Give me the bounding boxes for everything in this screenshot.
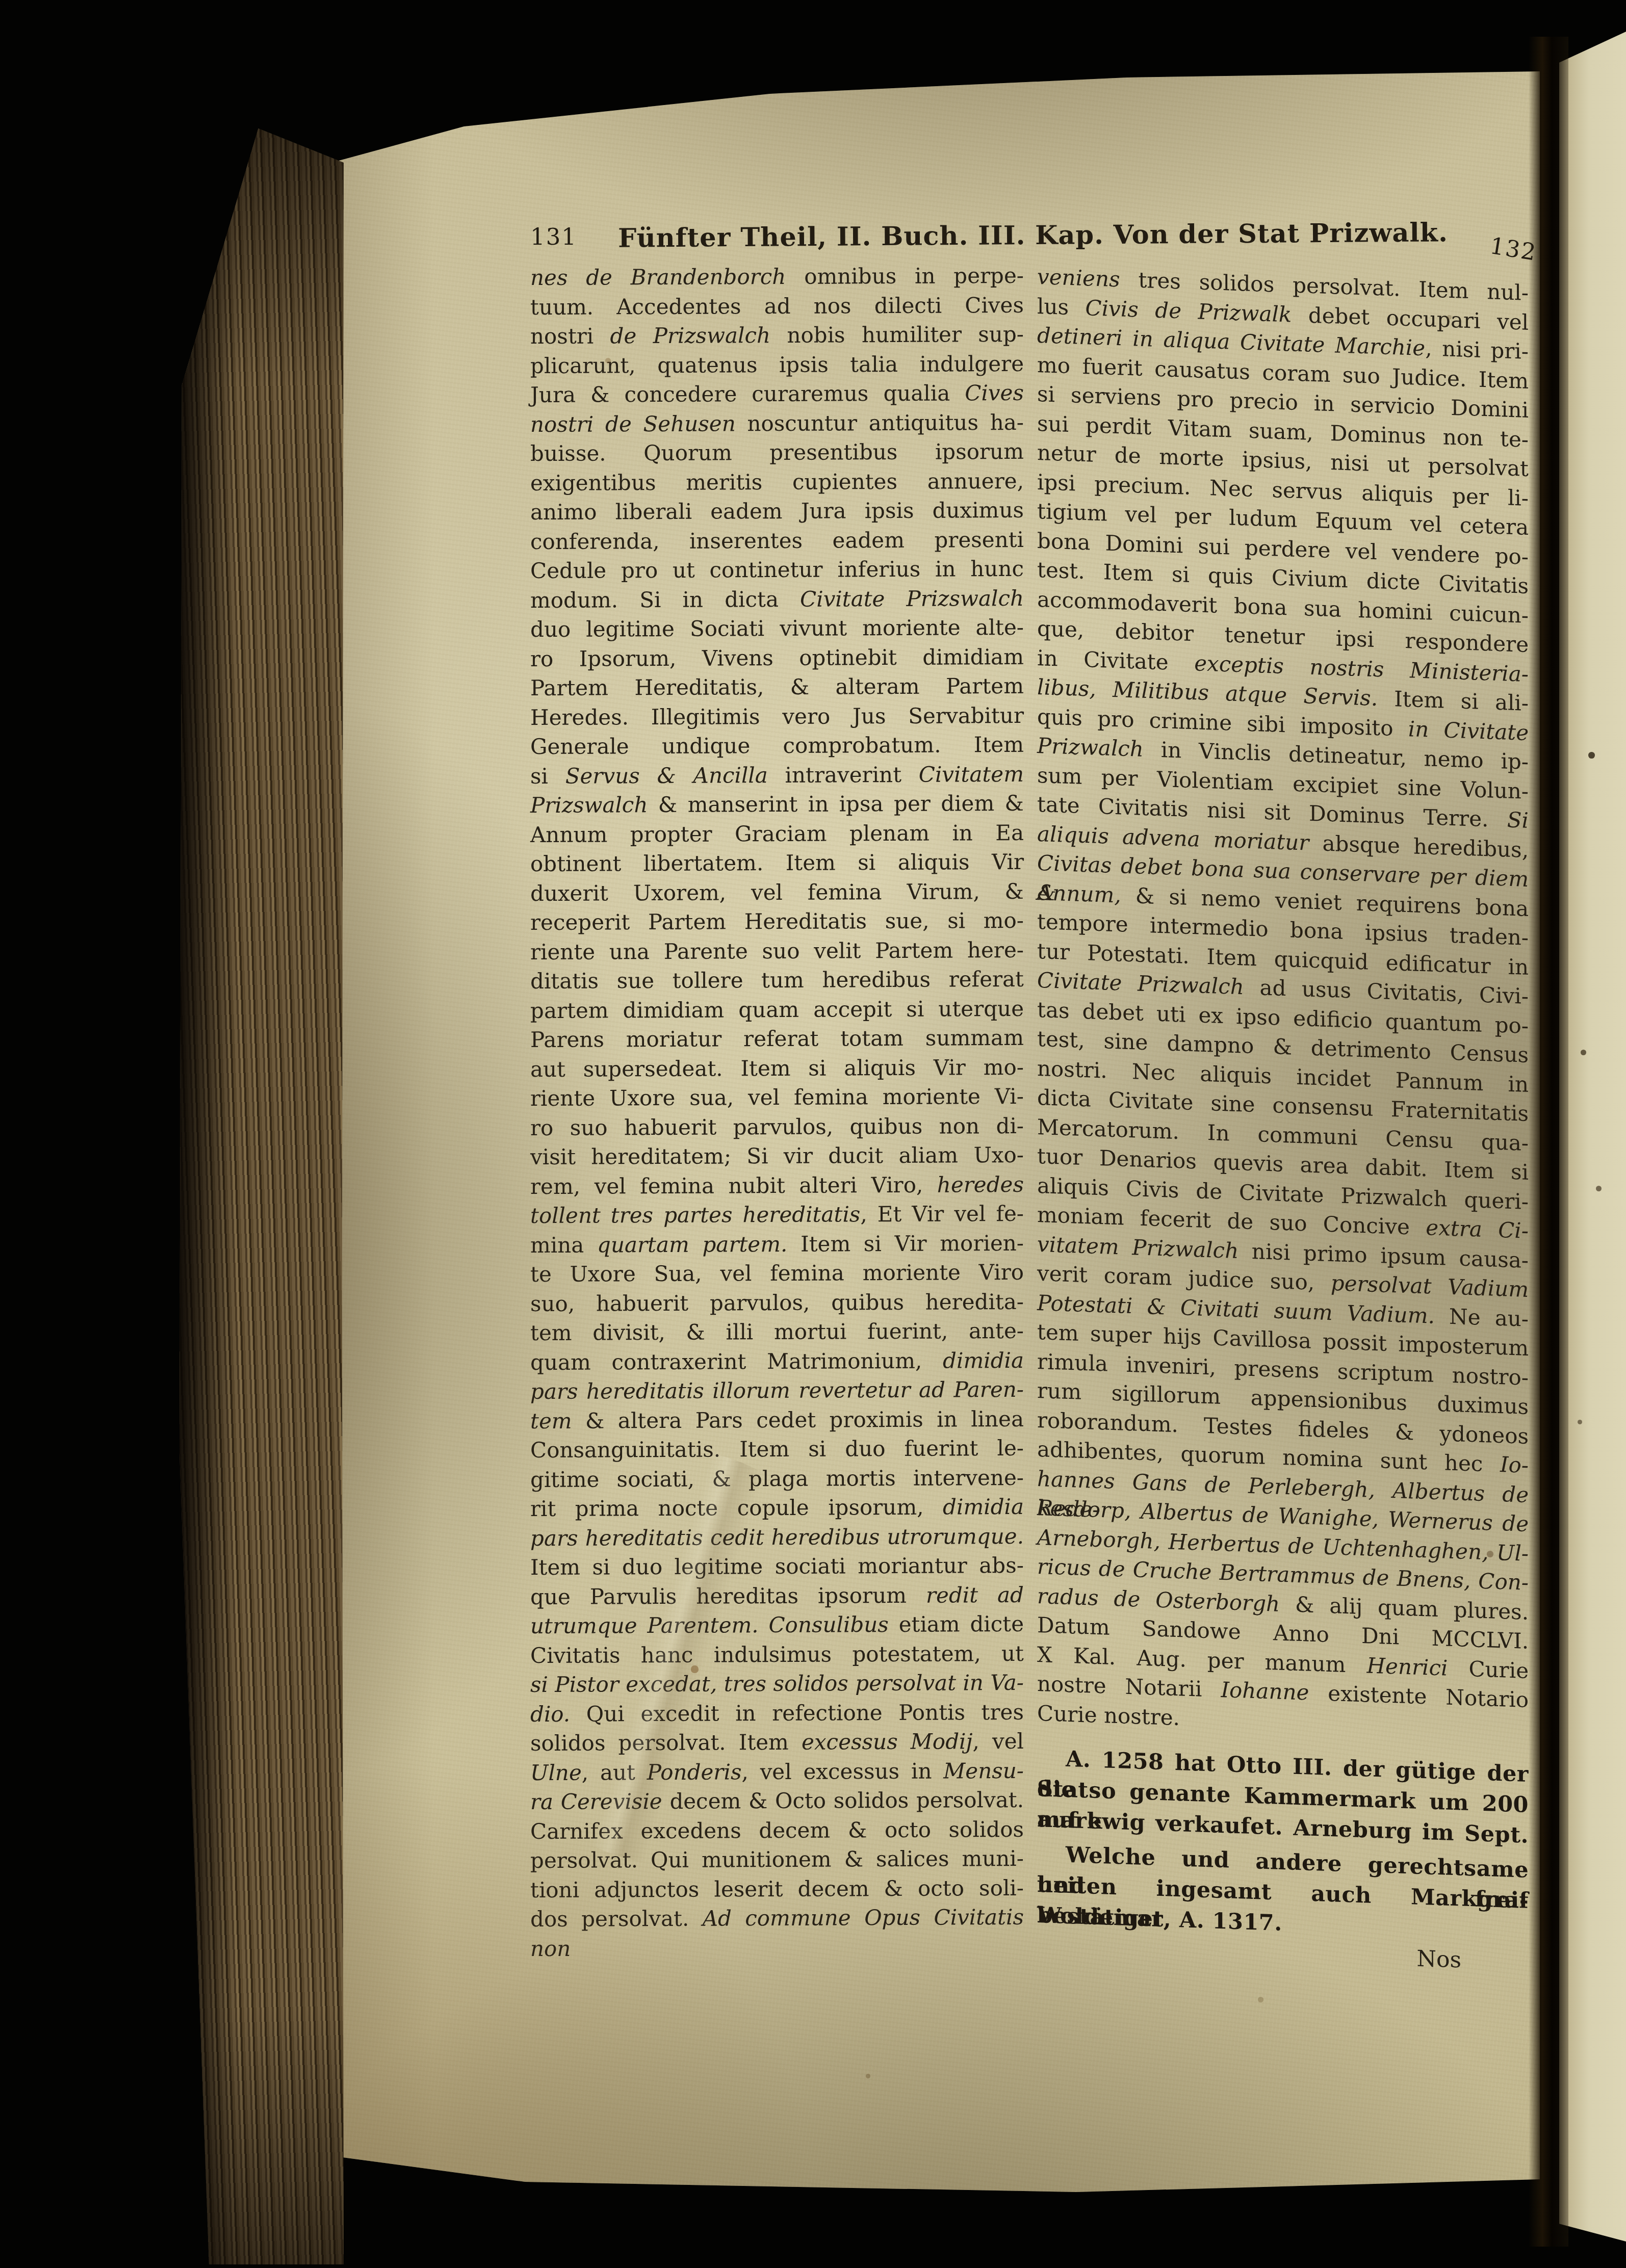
german-paragraph-1: A. 1258 hat Otto III. der gütige der Sta…: [1037, 1743, 1529, 1851]
text-line: modum. Si in dicta Civitate Prizswalch: [530, 583, 1024, 615]
text-line: partem dimidiam quam accepit si uterque: [530, 994, 1024, 1025]
text-line: ro Ipsorum, Vivens optinebit dimidiam: [530, 642, 1024, 673]
text-line: visit hereditatem; Si vir ducit aliam Ux…: [530, 1140, 1024, 1172]
book-page: 131 Fünfter Theil, II. Buch. III. Kap. V…: [311, 71, 1540, 2192]
text-line: nes de Brandenborch omnibus in perpe-: [530, 261, 1024, 293]
book-photo: 131 Fünfter Theil, II. Buch. III. Kap. V…: [0, 0, 1626, 2268]
text-line: solidos persolvat. Item excessus Modij, …: [530, 1727, 1024, 1758]
text-line: mina quartam partem. Item si Vir morien-: [530, 1228, 1024, 1260]
text-line: tollent tres partes hereditatis, Et Vir …: [530, 1199, 1024, 1231]
text-line: ditatis sue tollere tum heredibus refera…: [530, 964, 1024, 996]
text-line: riente una Parente suo velit Partem here…: [530, 935, 1024, 967]
text-line: te Uxore Sua, vel femina moriente Viro: [530, 1258, 1024, 1289]
text-line: Consanguinitatis. Item si duo fuerint le…: [530, 1433, 1024, 1465]
text-line: tem divisit, & illi mortui fuerint, ante…: [530, 1316, 1024, 1348]
text-line: pars hereditatis illorum revertetur ad P…: [530, 1375, 1024, 1406]
text-line: receperit Partem Hereditatis sue, si mo-: [530, 906, 1024, 937]
page-number-left: 131: [530, 220, 577, 250]
text-line: aut supersedeat. Item si aliquis Vir mo-: [530, 1052, 1024, 1084]
german-paragraph-2: Welche und andere gerechtsame und frei-h…: [1037, 1839, 1529, 1947]
text-line: Prizswalch & manserint in ipsa per diem …: [530, 789, 1024, 820]
text-line: duxerit Uxorem, vel femina Virum, &: [530, 876, 1024, 908]
paper-specks: [0, 0, 3, 3]
text-line: dio. Qui excedit in refectione Pontis tr…: [530, 1697, 1024, 1729]
text-line: suo, habuerit parvulos, quibus heredita-: [530, 1287, 1024, 1318]
text-line: conferenda, inserentes eadem presenti: [530, 525, 1024, 556]
text-line: dos persolvat. Ad commune Opus Civitatis…: [530, 1902, 1024, 1934]
text-line: Parens moriatur referat totam summam: [530, 1023, 1024, 1055]
running-title: Fünfter Theil, II. Buch. III. Kap. Von d…: [577, 217, 1489, 254]
text-line: nostri de Prizswalch nobis humiliter sup…: [530, 320, 1024, 351]
text-line: pars hereditatis cedit heredibus utrorum…: [530, 1521, 1024, 1553]
book-gutter-shadow: [1529, 37, 1568, 2247]
text-line: utrumque Parentem. Consulibus etiam dict…: [530, 1609, 1024, 1641]
text-line: animo liberali eadem Jura ipsis duximus: [530, 496, 1024, 527]
text-line: plicarunt, quatenus ipsis talia indulger…: [530, 349, 1024, 380]
text-line: que Parvulis hereditas ipsorum redit ad: [530, 1580, 1024, 1611]
text-line: gitime sociati, & plaga mortis intervene…: [530, 1463, 1024, 1494]
page-header: 131 Fünfter Theil, II. Buch. III. Kap. V…: [530, 220, 1489, 251]
text-line: Heredes. Illegitimis vero Jus Servabitur: [530, 700, 1024, 732]
text-line: exigentibus meritis cupientes annuere,: [530, 466, 1024, 498]
latin-text-block: veniens tres solidos persolvat. Item nul…: [1037, 262, 1529, 1744]
text-line: rem, vel femina nubit alteri Viro, hered…: [530, 1169, 1024, 1201]
text-line: ra Cerevisie decem & Octo solidos persol…: [530, 1785, 1024, 1817]
adjacent-page-edge: [1559, 32, 1626, 2241]
book-page-edges: [179, 128, 344, 2264]
text-line: Generale undique comprobatum. Item: [530, 730, 1024, 762]
text-line: Item si duo legitime sociati moriantur a…: [530, 1551, 1024, 1582]
text-line: tioni adjunctos leserit decem & octo sol…: [530, 1873, 1024, 1905]
text-line: Cedule pro ut continetur inferius in hun…: [530, 554, 1024, 586]
left-text-column: nes de Brandenborch omnibus in perpe-tuu…: [530, 261, 1024, 1934]
text-line: Annum propter Graciam plenam in Ea: [530, 818, 1024, 849]
text-line: ro suo habuerit parvulos, quibus non di-: [530, 1111, 1024, 1142]
text-line: Carnifex excedens decem & octo solidos: [530, 1814, 1024, 1846]
text-line: nostri de Sehusen noscuntur antiquitus h…: [530, 407, 1024, 439]
text-line: buisse. Quorum presentibus ipsorum: [530, 437, 1024, 468]
text-line: persolvat. Qui munitionem & salices muni…: [530, 1844, 1024, 1875]
text-line: si Servus & Ancilla intraverint Civitate…: [530, 759, 1024, 791]
text-line: Ulne, aut Ponderis, vel excessus in Mens…: [530, 1756, 1024, 1787]
text-line: Partem Hereditatis, & alteram Partem: [530, 671, 1024, 703]
text-line: si Pistor excedat, tres solidos persolva…: [530, 1668, 1024, 1700]
text-line: tem & altera Pars cedet proximis in line…: [530, 1404, 1024, 1436]
text-line: quam contraxerint Matrimonium, dimidia: [530, 1345, 1024, 1377]
text-line: riente Uxore sua, vel femina moriente Vi…: [530, 1082, 1024, 1113]
text-line: rit prima nocte copule ipsorum, dimidia: [530, 1492, 1024, 1524]
text-line: Jura & concedere curaremus qualia Cives: [530, 378, 1024, 410]
right-text-column: veniens tres solidos persolvat. Item nul…: [1037, 262, 1529, 1977]
text-line: tuum. Accedentes ad nos dilecti Cives: [530, 290, 1024, 322]
text-line: obtinent libertatem. Item si aliquis Vir: [530, 847, 1024, 879]
text-line: duo legitime Sociati vivunt moriente alt…: [530, 613, 1024, 644]
text-line: Civitatis hanc indulsimus potestatem, ut: [530, 1638, 1024, 1670]
